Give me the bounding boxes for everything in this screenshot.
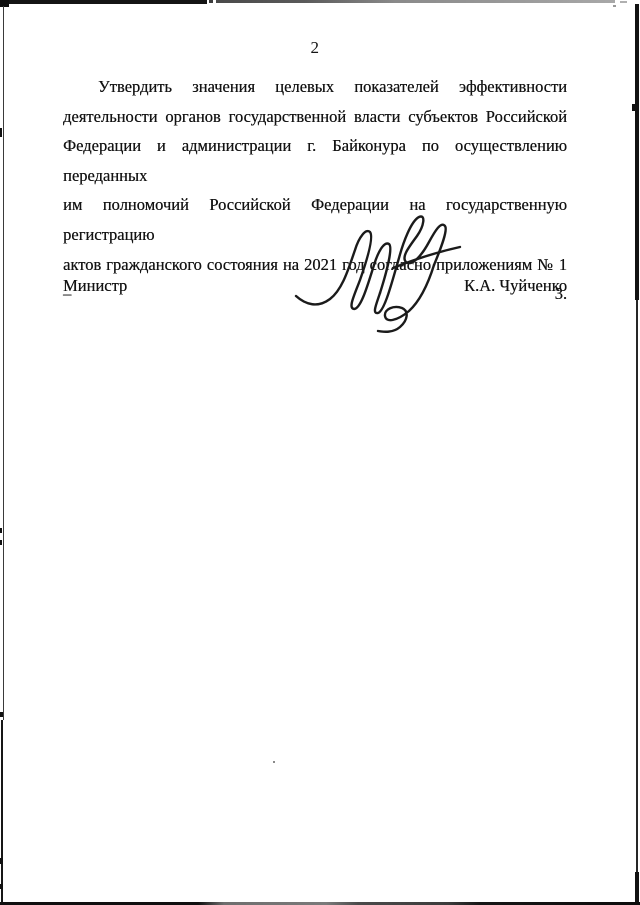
paragraph-line: Федерации и администрации г. Байконура п… — [63, 131, 567, 190]
scan-artifact-left-tick — [0, 528, 2, 533]
page-number: 2 — [63, 38, 567, 58]
scanned-document-page: 2 Утвердить значения целевых показателей… — [0, 0, 640, 905]
signature-strokes — [290, 214, 462, 334]
scan-artifact-left-tick — [0, 540, 2, 545]
handwritten-signature — [290, 214, 462, 334]
scan-artifact-left-edge-thick — [1, 720, 3, 905]
scan-artifact-right-edge-top — [635, 4, 639, 300]
scan-artifact-left-tick — [0, 712, 3, 717]
scan-artifact-top-edge-mark — [209, 0, 213, 3]
scan-artifact-corner-top-left — [0, 0, 9, 7]
scan-artifact-top-dash — [620, 1, 627, 3]
scan-artifact-top-edge-dark — [9, 0, 207, 4]
scan-artifact-right-edge-bottom — [635, 872, 639, 905]
scan-artifact-speck — [613, 5, 616, 7]
scan-artifact-left-edge-line — [3, 6, 4, 720]
paragraph-line: Утвердить значения целевых показателей э… — [63, 72, 567, 102]
signatory-name: К.А. Чуйченко — [464, 276, 567, 296]
paragraph-line: деятельности органов государственной вла… — [63, 102, 567, 132]
scan-artifact-left-tick — [0, 128, 2, 137]
scan-artifact-top-edge-gray — [216, 0, 615, 3]
scan-artifact-right-notch — [632, 104, 635, 111]
scan-artifact-left-tick — [0, 884, 3, 889]
scan-artifact-speck — [273, 761, 275, 763]
scan-artifact-left-tick — [0, 858, 3, 864]
signatory-title: Министр — [63, 276, 127, 296]
scan-artifact-right-edge-mid — [636, 300, 638, 872]
